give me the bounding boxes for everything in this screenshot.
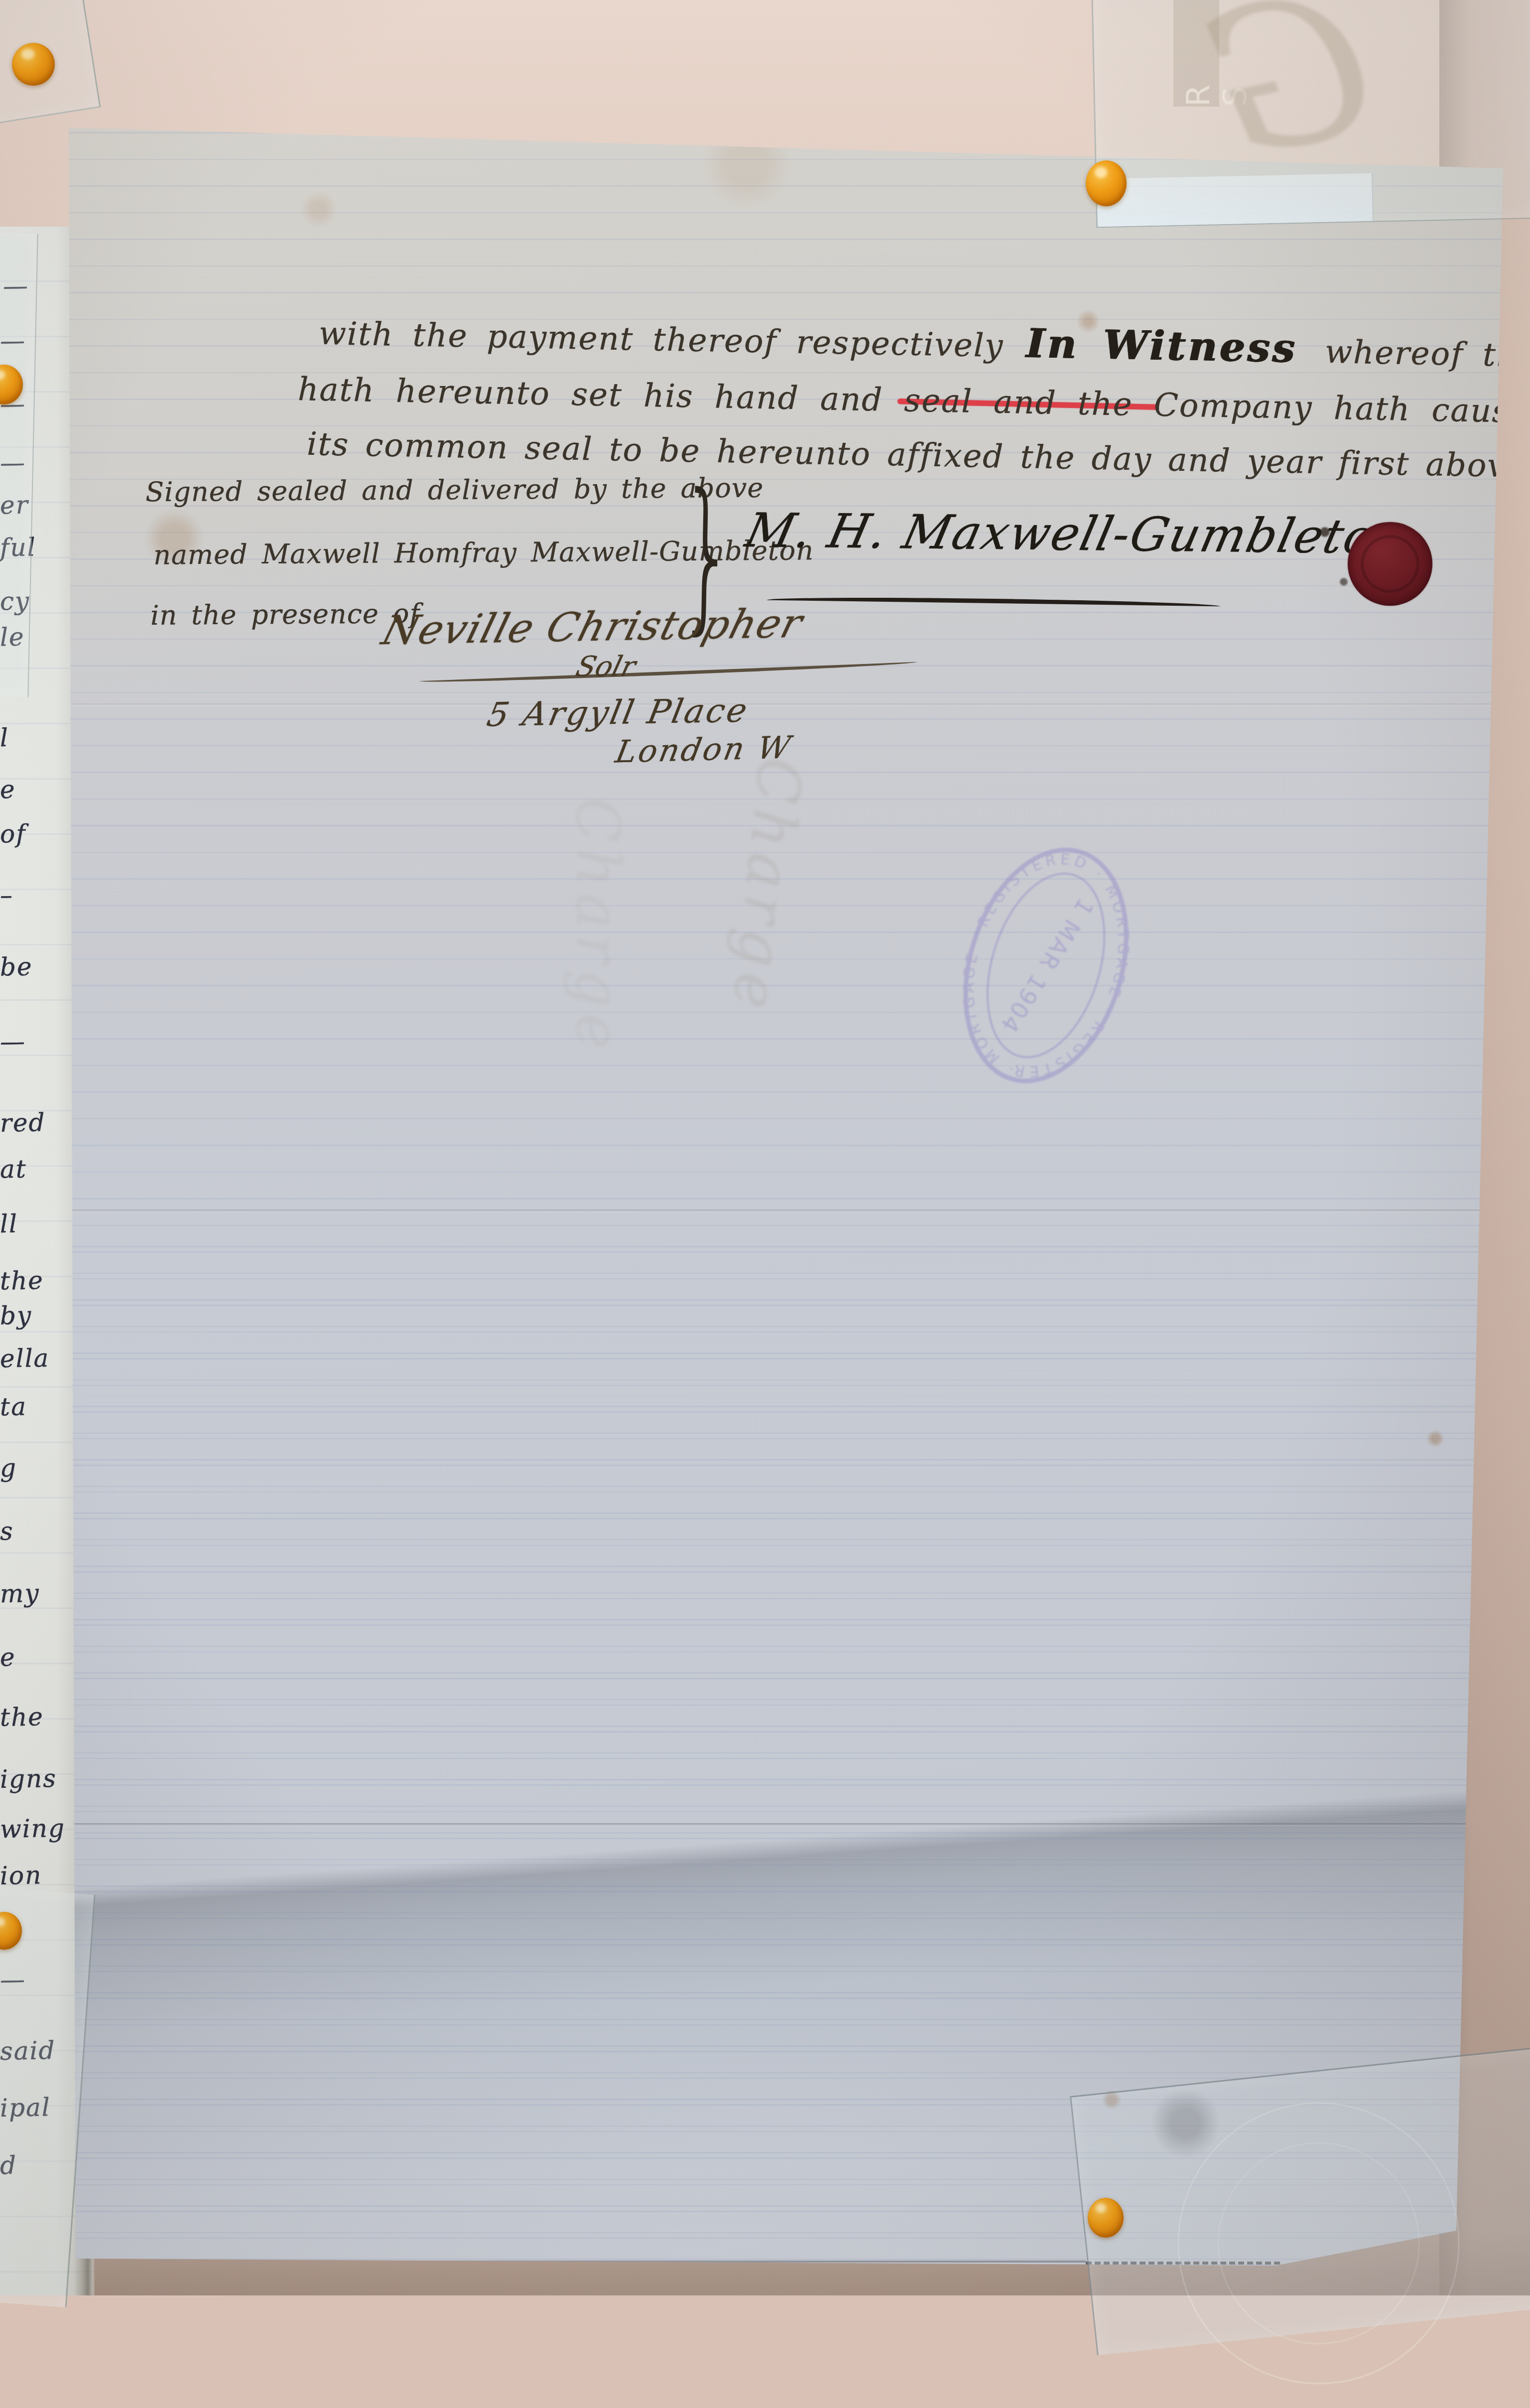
handwriting-fragment: g [0, 1454, 17, 1483]
mortgage-deed-sheet: Charge Charge with the payment thereof r… [0, 0, 1530, 2295]
deed-line1-emphasis: In Witness [1022, 320, 1306, 372]
handwriting-fragment: igns [0, 1764, 57, 1794]
amber-pin-top-right [1086, 160, 1127, 206]
handwriting-fragment: my [0, 1579, 40, 1608]
handwriting-fragment: by [0, 1301, 32, 1330]
handwriting-fragment: s [0, 1517, 14, 1546]
handwriting-fragment: l [0, 723, 9, 752]
handwriting-fragment: ta [0, 1392, 27, 1422]
witness-title: Solr [573, 651, 639, 683]
witness-signature: Neville Christopher [377, 600, 808, 654]
amber-pin-top-left [12, 43, 55, 86]
handwriting-fragment: red [0, 1108, 46, 1138]
mortgagor-signature: M. H. Maxwell-Gumbleton. [741, 504, 1428, 565]
witness-address-line1: 5 Argyll Place [484, 691, 753, 734]
handwriting-fragment: — [0, 1027, 26, 1057]
handwriting-fragment: of [0, 819, 26, 849]
handwriting-fragment: wing [0, 1814, 65, 1844]
oval-rubber-stamp: · MORTGAGE · REGISTERED · MORTGAGE · REG… [913, 814, 1178, 1117]
red-wax-seal [1348, 522, 1432, 606]
witness-address-line2: London W [613, 729, 795, 770]
attestation-line-3: in the presence of [150, 598, 420, 631]
handwriting-fragment: ella [0, 1343, 50, 1373]
handwriting-fragment: be [0, 952, 33, 981]
document-photo: ————erfulcyleleof–be—redatllthebyellatag… [0, 0, 1530, 2295]
handwriting-fragment: – [0, 881, 14, 910]
attestation-line-1: Signed sealed and delivered by the above [145, 472, 764, 508]
handwriting-fragment: ion [0, 1861, 42, 1890]
handwriting-fragment: e [0, 775, 16, 804]
handwriting-fragment: ll [0, 1209, 18, 1239]
handwriting-fragment: the [0, 1702, 44, 1732]
handwriting-fragment: the [0, 1266, 44, 1296]
handwriting-fragment: e [0, 1643, 16, 1672]
handwriting-fragment: at [0, 1155, 27, 1184]
amber-pin-bottom-right [1088, 2198, 1124, 2238]
